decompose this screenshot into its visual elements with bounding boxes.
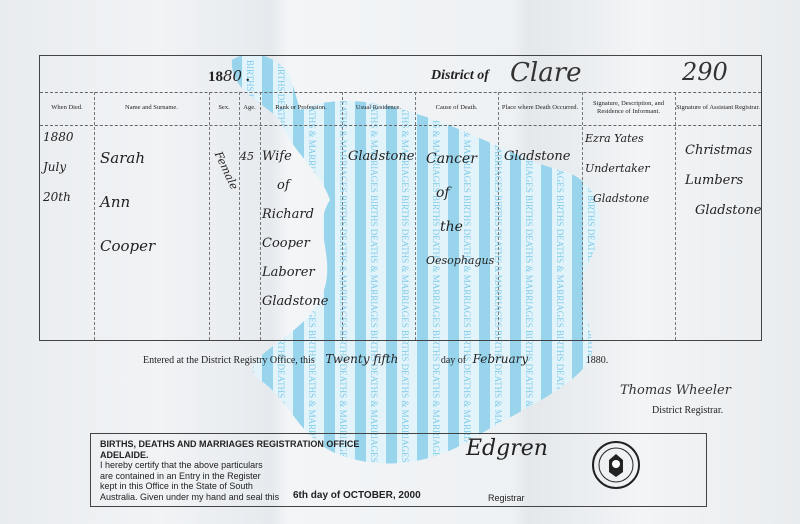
header-assistant-registrar: Signature of Assistant Registrar.: [675, 94, 761, 122]
district-label: District of: [431, 68, 489, 84]
column-divider: [675, 92, 676, 340]
district-value: Clare: [510, 58, 582, 88]
header-place: Place where Death Occurred.: [498, 94, 582, 122]
certification-box: BIRTHS, DEATHS AND MARRIAGES REGISTRATIO…: [90, 433, 707, 507]
entry-day: Twenty fifth: [325, 352, 398, 366]
day-of-label: day of: [441, 355, 466, 366]
entry-month: February: [473, 352, 529, 366]
column-divider: [582, 92, 583, 340]
column-divider: [260, 92, 261, 340]
certificate-body: I hereby certify that the above particul…: [100, 460, 279, 502]
header-cause: Cause of Death.: [415, 94, 498, 122]
header-rank: Rank or Profession.: [260, 94, 342, 122]
certificate-date: 6th day of OCTOBER, 2000: [293, 491, 421, 502]
header-when-died: When Died.: [40, 94, 94, 122]
header-sex: Sex.: [209, 94, 239, 122]
cell-informant: Ezra YatesUndertakerGladstone: [585, 124, 650, 214]
registry-entry-line: Entered at the District Registry Office,…: [143, 352, 608, 366]
header-informant: Signature, Description, and Residence of…: [582, 94, 675, 122]
header-name: Name and Surname.: [94, 94, 209, 122]
cell-cause: CanceroftheOesophagus: [426, 142, 494, 278]
column-divider: [94, 92, 95, 340]
cell-age: 45: [240, 142, 254, 171]
district-registrar-label: District Registrar.: [652, 405, 723, 416]
register-year: 1880 .: [208, 67, 250, 86]
column-divider: [498, 92, 499, 340]
entry-year: 1880.: [586, 355, 609, 366]
cell-residence: Gladstone: [348, 142, 414, 171]
column-divider: [342, 92, 343, 340]
cell-place: Gladstone: [504, 142, 570, 171]
cell-assistant-registrar: ChristmasLumbersGladstone: [685, 136, 761, 226]
death-register-form: 1880 . District of Clare 290 When Died. …: [39, 55, 762, 341]
registrar-signature: Edgren: [466, 444, 548, 455]
header-age: Age.: [239, 94, 260, 122]
entered-label: Entered at the District Registry Office,…: [143, 355, 315, 366]
government-seal-icon: [591, 440, 641, 490]
register-number: 290: [682, 58, 728, 86]
cell-rank: WifeofRichardCooperLaborerGladstone: [262, 142, 328, 316]
district-registrar-signature: Thomas Wheeler: [620, 383, 731, 398]
header-residence: Usual Residence.: [342, 94, 415, 122]
column-divider: [209, 92, 210, 340]
cell-name: SarahAnnCooper: [100, 136, 155, 268]
certificate-title: BIRTHS, DEATHS AND MARRIAGES REGISTRATIO…: [100, 439, 359, 460]
cell-when-died: 1880July20th: [43, 122, 74, 212]
column-divider: [415, 92, 416, 340]
registrar-label: Registrar: [488, 493, 525, 504]
column-divider: [239, 92, 240, 340]
